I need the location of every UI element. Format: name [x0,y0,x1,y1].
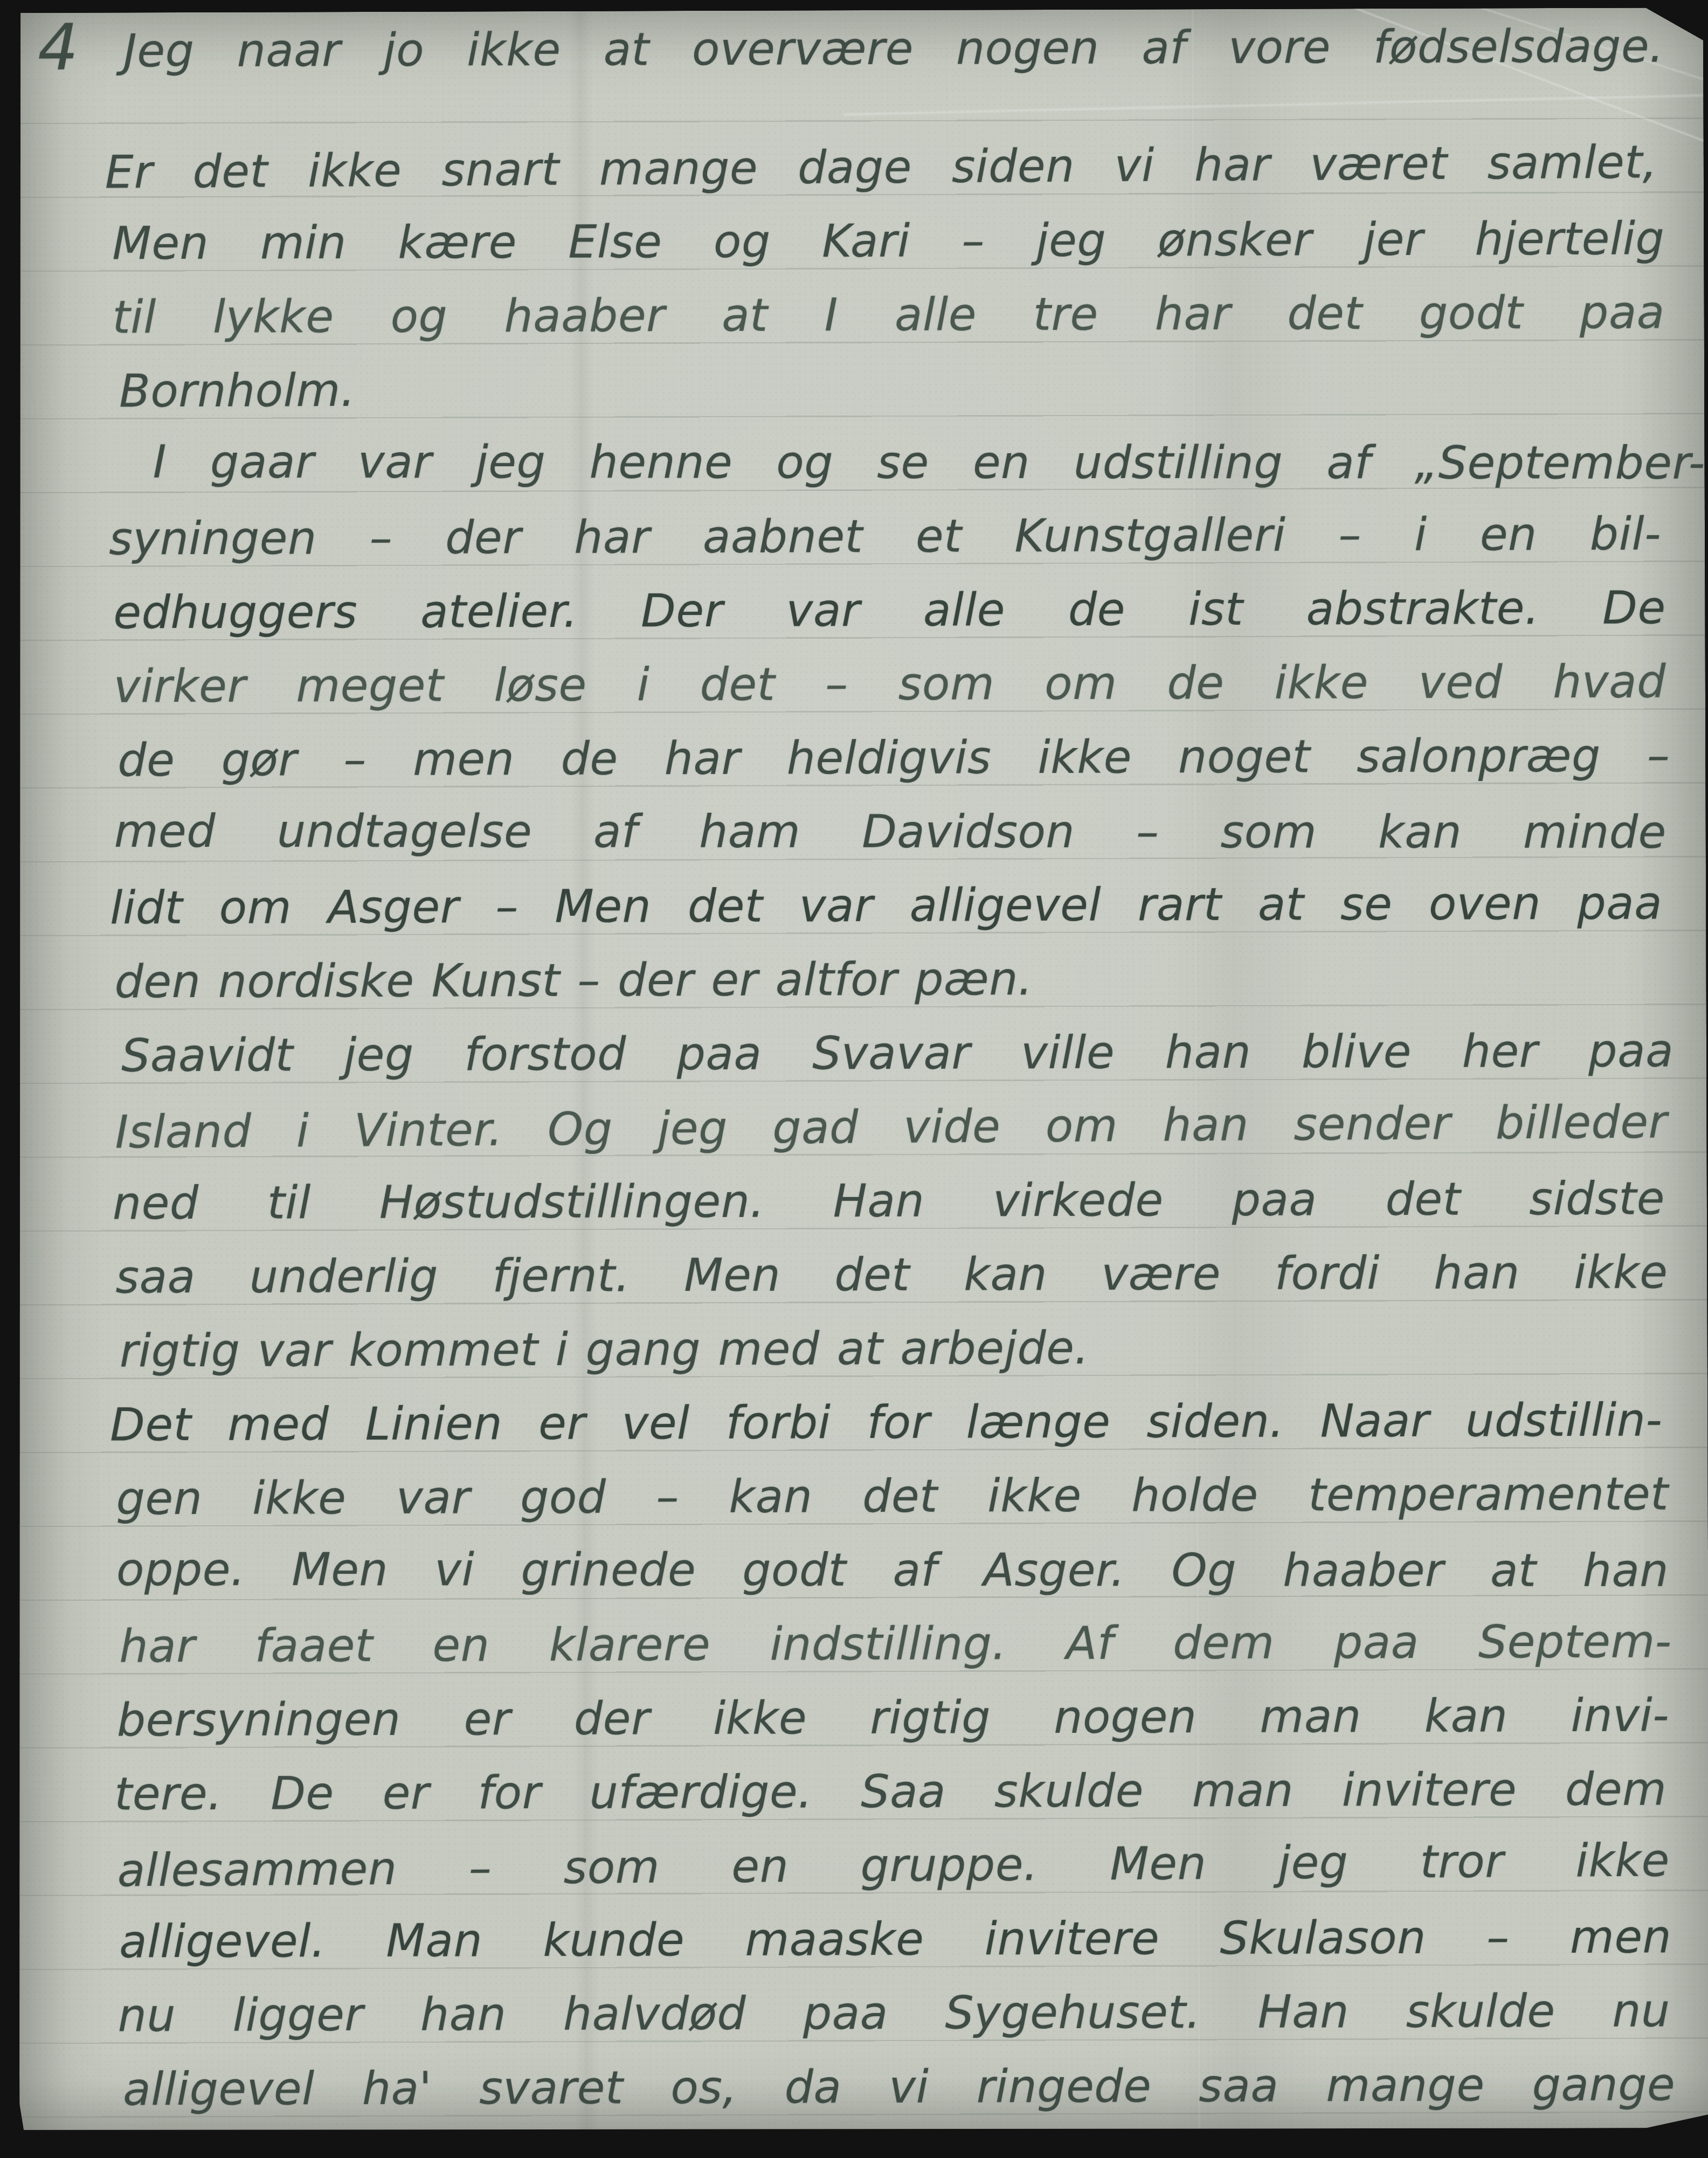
letter-line: bersyningen er der ikke rigtig nogen man… [117,1687,1669,1759]
letter-line: alligevel ha' svaret os, da vi ringede s… [123,2056,1675,2128]
letter-line: allesammen – som en gruppe. Men jeg tror… [117,1832,1670,1909]
letter-line: rigtig var kommet i gang med at arbejde. [120,1318,1672,1389]
letter-line: tere. De er for ufærdige. Saa skulde man… [114,1761,1666,1832]
letter-line: oppe. Men vi grinede godt af Asger. Og h… [116,1541,1669,1609]
page-number: 4 [38,10,79,86]
letter-line: ned til Høstudstillingen. Han virkede pa… [113,1170,1665,1242]
letter-line: Er det ikke snart mange dage siden vi ha… [105,134,1658,211]
letter-line: virker meget løse i det – som om de ikke… [114,653,1666,725]
letter-line: saa underlig fjernt. Men det kan være fo… [115,1244,1668,1316]
letter-line: syningen – der har aabnet et Kunstgaller… [109,506,1661,577]
horizontal-crease [843,94,1704,116]
letter-line: de gør – men de har heldigvis ikke noget… [117,727,1670,799]
letter-line: den nordiske Kunst – der er altfor pæn. [114,949,1666,1020]
letter-line: alligevel. Man kunde maaske invitere Sku… [119,1908,1671,1980]
letter-line: edhuggers atelier. Der var alle de ist a… [113,579,1665,651]
letter-paper: 4 Jeg naar jo ikke at overvære nogen af … [13,8,1708,2133]
scanned-letter-screenshot: 4 Jeg naar jo ikke at overvære nogen af … [0,0,1708,2158]
letter-line: gen ikke var god – kan det ikke holde te… [116,1465,1668,1537]
letter-line: Island i Vinter. Og jeg gad vide om han … [115,1094,1668,1171]
letter-line: Bornholm. [119,358,1671,430]
letter-line: har faaet en klarere indstilling. Af dem… [119,1613,1671,1685]
letter-line: Saavidt jeg forstod paa Svavar ville han… [121,1022,1674,1094]
letter-line: Det med Linien er vel forbi for længe si… [110,1392,1662,1463]
letter-line: nu ligger han halvdød paa Sygehuset. Han… [118,1982,1670,2054]
letter-line: I gaar var jeg henne og se en udstilling… [113,434,1705,502]
letter-line: Men min kære Else og Kari – jeg ønsker j… [112,210,1664,282]
letter-line: til lykke og haaber at I alle tre har de… [113,284,1665,356]
letter-line: Jeg naar jo ikke at overvære nogen af vo… [123,18,1664,89]
letter-line: med undtagelse af ham Davidson – som kan… [114,803,1666,871]
letter-line: lidt om Asger – Men det var alligevel ra… [110,875,1662,946]
